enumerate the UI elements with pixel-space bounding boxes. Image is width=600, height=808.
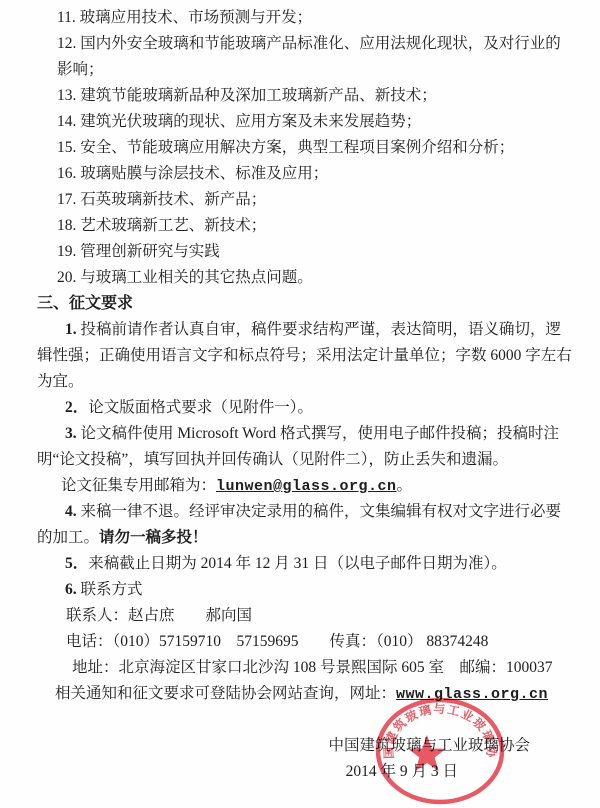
signature-organization: 中国建筑玻璃与工业玻璃协会 [0, 733, 600, 759]
no-multiple-submission-warning: 请勿一稿多投！ [99, 529, 208, 546]
para-1-text: 投稿前请作者认真自审，稿件要求结构严谨，表达简明，语义确切，逻 [77, 321, 561, 338]
para-2-text: 论文版面格式要求（见附件一）。 [88, 399, 313, 416]
list-item-12: 12. 国内外安全玻璃和节能玻璃产品标准化、应用法规化现状，及对行业的 [0, 31, 600, 57]
website-label: 相关通知和征文要求可登陆协会网站查询，网址： [55, 685, 396, 702]
para-5-number: 5． [65, 555, 88, 572]
para-4-line-2: 的加工。请勿一稿多投！ [0, 525, 600, 551]
para-4-number: 4. [65, 503, 77, 520]
para-3-text: 论文稿件使用 Microsoft Word 格式撰写，使用电子邮件投稿；投稿时注 [77, 425, 559, 442]
contact-heading: 联系方式 [77, 581, 143, 598]
list-item-12-wrap: 影响； [0, 57, 600, 83]
para-3-number: 3. [65, 425, 77, 442]
list-item-13: 13. 建筑节能玻璃新品种及深加工玻璃新产品、新技术； [0, 83, 600, 109]
list-item-20: 20. 与玻璃工业相关的其它热点问题。 [0, 265, 600, 291]
para-1-line-3: 为宜。 [0, 369, 600, 395]
list-item-19: 19. 管理创新研究与实践 [0, 239, 600, 265]
document-page: 11. 玻璃应用技术、市场预测与开发； 12. 国内外安全玻璃和节能玻璃产品标准… [0, 0, 600, 808]
para-1-line-1: 1. 投稿前请作者认真自审，稿件要求结构严谨，表达简明，语义确切，逻 [0, 317, 600, 343]
email-line: 论文征集专用邮箱为：lunwen@glass.org.cn。 [0, 473, 600, 499]
para-6: 6. 联系方式 [0, 577, 600, 603]
document-text-flow: 11. 玻璃应用技术、市场预测与开发； 12. 国内外安全玻璃和节能玻璃产品标准… [0, 5, 600, 785]
list-item-14: 14. 建筑光伏玻璃的现状、应用方案及未来发展趋势； [0, 109, 600, 135]
submission-email-link[interactable]: lunwen@glass.org.cn [216, 478, 397, 495]
contact-phone-line: 电话：（010）57159710 57159695 传真：（010） 88374… [0, 629, 600, 655]
contact-person-line: 联系人：赵占庶 郝向国 [0, 603, 600, 629]
para-4-text-normal: 的加工。 [37, 529, 99, 546]
para-2: 2．论文版面格式要求（见附件一）。 [0, 395, 600, 421]
deadline-text: 来稿截止日期为 2014 年 12 月 31 日（以电子邮件日期为准）。 [88, 555, 507, 572]
list-item-11: 11. 玻璃应用技术、市场预测与开发； [0, 5, 600, 31]
list-item-17: 17. 石英玻璃新技术、新产品； [0, 187, 600, 213]
para-4-text: 来稿一律不退。经评审决定录用的稿件，文集编辑有权对文字进行必要 [77, 503, 561, 520]
para-3-line-1: 3. 论文稿件使用 Microsoft Word 格式撰写，使用电子邮件投稿；投… [0, 421, 600, 447]
signature-date: 2014 年 9 月 3 日 [0, 759, 600, 785]
official-red-seal: 中国建筑玻璃与工业玻璃协会 [374, 696, 510, 808]
para-1-line-2: 辑性强；正确使用语言文字和标点符号；采用法定计量单位；字数 6000 字左右 [0, 343, 600, 369]
website-line: 相关通知和征文要求可登陆协会网站查询，网址：www.glass.org.cn [0, 681, 600, 707]
contact-address-line: 地址：北京海淀区甘家口北沙沟 108 号景熙国际 605 室 邮编：100037 [0, 655, 600, 681]
list-item-15: 15. 安全、节能玻璃应用解决方案，典型工程项目案例介绍和分析； [0, 135, 600, 161]
para-5: 5．来稿截止日期为 2014 年 12 月 31 日（以电子邮件日期为准）。 [0, 551, 600, 577]
blank-line [0, 707, 600, 733]
seal-star-icon [408, 735, 446, 771]
email-suffix: 。 [397, 477, 413, 494]
para-6-number: 6. [65, 581, 77, 598]
section-heading: 三、征文要求 [0, 291, 600, 317]
email-label: 论文征集专用邮箱为： [61, 477, 216, 494]
para-1-number: 1. [65, 321, 77, 338]
para-2-number: 2． [65, 399, 88, 416]
list-item-16: 16. 玻璃贴膜与涂层技术、标准及应用； [0, 161, 600, 187]
para-3-line-2: 明“论文投稿”，填写回执并回传确认（见附件二），防止丢失和遗漏。 [0, 447, 600, 473]
list-item-18: 18. 艺术玻璃新工艺、新技术； [0, 213, 600, 239]
para-4-line-1: 4. 来稿一律不退。经评审决定录用的稿件，文集编辑有权对文字进行必要 [0, 499, 600, 525]
